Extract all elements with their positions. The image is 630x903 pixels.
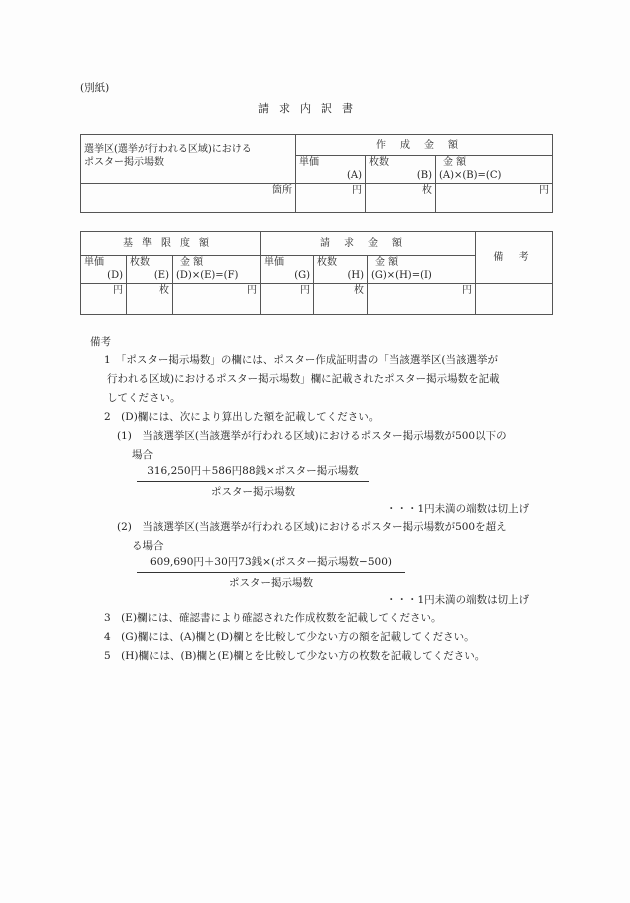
- note-2: 2 (D)欄には、次により算出した額を記載してください。: [104, 408, 379, 426]
- cell-amount-f[interactable]: 円: [173, 284, 261, 315]
- formula-2: 609,690円＋30円73銭×(ポスター掲示場数−500) ポスター掲示場数: [137, 554, 405, 593]
- note-1-line1: 1 「ポスター掲示場数」の欄には、ポスター作成証明書の「当該選挙区(当該選挙が: [104, 351, 498, 369]
- header-count-b: 枚数(B): [366, 156, 436, 184]
- header-amount-i: 金 額(G)×(H)=(I): [368, 256, 476, 284]
- cell-poster-places[interactable]: 箇所: [81, 184, 296, 213]
- cell-unit-price-d[interactable]: 円: [81, 284, 127, 315]
- note-2-2-line2: る場合: [132, 537, 164, 555]
- header-unit-price-a: 単価(A): [296, 156, 366, 184]
- notes-heading: 備考: [90, 333, 111, 351]
- header-amount-c: 金 額(A)×(B)=(C): [436, 156, 553, 184]
- note-5: 5 (H)欄には、(B)欄と(E)欄とを比較して少ない方の枚数を記載してください…: [104, 647, 485, 665]
- note-2-1-line2: 場合: [132, 446, 153, 464]
- note-2-2-line1: (2) 当該選挙区(当該選挙が行われる区域)におけるポスター掲示場数が500を超…: [117, 518, 507, 536]
- limit-claim-table: 基準限度額 請求金額 備 考 単価(D) 枚数(E) 金 額(D)×(E)=(F…: [80, 231, 553, 315]
- cell-unit-price-g[interactable]: 円: [261, 284, 314, 315]
- claim-amount-header: 請求金額: [261, 232, 476, 256]
- header-count-h: 枚数(H): [314, 256, 368, 284]
- cell-count-h[interactable]: 枚: [314, 284, 368, 315]
- cell-amount-i[interactable]: 円: [368, 284, 476, 315]
- remarks-header: 備 考: [476, 232, 553, 284]
- cell-count-b[interactable]: 枚: [366, 184, 436, 213]
- header-unit-price-g: 単価(G): [261, 256, 314, 284]
- rounding-note-2: ・・・1円未満の端数は切上げ: [386, 591, 529, 609]
- cell-count-e[interactable]: 枚: [127, 284, 173, 315]
- poster-count-label: 選挙区(選挙が行われる区域)における ポスター掲示場数: [81, 135, 296, 184]
- note-1-line3: してください。: [107, 389, 181, 407]
- header-amount-f: 金 額(D)×(E)=(F): [173, 256, 261, 284]
- creation-amount-header: 作成金額: [296, 135, 553, 156]
- header-unit-price-d: 単価(D): [81, 256, 127, 284]
- creation-amount-table: 選挙区(選挙が行われる区域)における ポスター掲示場数 作成金額 単価(A) 枚…: [80, 134, 553, 213]
- note-3: 3 (E)欄には、確認書により確認された作成枚数を記載してください。: [104, 609, 442, 627]
- standard-limit-header: 基準限度額: [81, 232, 261, 256]
- cell-unit-price-a[interactable]: 円: [296, 184, 366, 213]
- document-title: 請求内訳書: [258, 100, 363, 116]
- formula-1: 316,250円＋586円88銭×ポスター掲示場数 ポスター掲示場数: [137, 463, 369, 502]
- cell-remarks[interactable]: [476, 284, 553, 315]
- note-2-1-line1: (1) 当該選挙区(当該選挙が行われる区域)におけるポスター掲示場数が500以下…: [117, 427, 507, 445]
- cell-amount-c[interactable]: 円: [436, 184, 553, 213]
- attachment-label: (別紙): [80, 80, 109, 95]
- header-count-e: 枚数(E): [127, 256, 173, 284]
- rounding-note-1: ・・・1円未満の端数は切上げ: [386, 500, 529, 518]
- note-1-line2: 行われる区域)におけるポスター掲示場数」欄に記載されたポスター掲示場数を記載: [107, 370, 500, 388]
- note-4: 4 (G)欄には、(A)欄と(D)欄とを比較して少ない方の額を記載してください。: [104, 628, 475, 646]
